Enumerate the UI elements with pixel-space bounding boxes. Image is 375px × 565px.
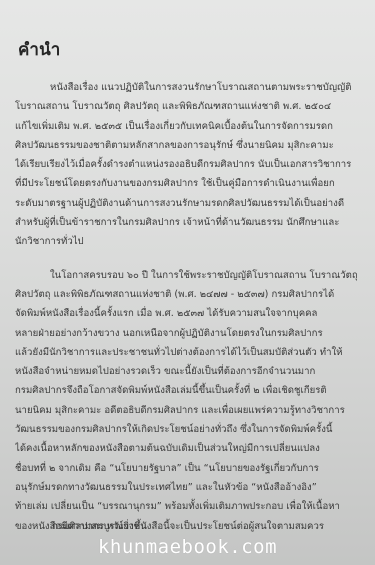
text-line: โบราณสถาน โบราณวัตถุ ศิลปวัตถุ และพิพิธภ… (15, 97, 363, 116)
paragraph-2: ในโอกาสครบรอบ ๖๐ ปี ในการใช้พระราชบัญญัต… (15, 266, 363, 536)
text-line: หลายฝ่ายอย่างกว้างขวาง นอกเหนือจากผู้ปฏิ… (15, 324, 363, 343)
foreword-body: หนังสือเรื่อง แนวปฏิบัติในการสงวนรักษาโบ… (15, 78, 363, 536)
page-heading: คำนำ (18, 36, 61, 63)
text-line: ในโอกาสครบรอบ ๖๐ ปี ในการใช้พระราชบัญญัต… (15, 266, 363, 285)
text-line: อนุรักษ์มรดกทางวัฒนธรรมในประเทศไทย” และใ… (15, 478, 363, 497)
text-line: ได้คงเนื้อหาหลักของหนังสือตามต้นฉบับเดิม… (15, 439, 363, 458)
text-line: ระดับมาตรฐานผู้ปฏิบัติงานด้านการสงวนรักษ… (15, 194, 363, 213)
text-line: ชื่อบทที่ ๒ จากเดิม คือ “นโยบายรัฐบาล” เ… (15, 459, 363, 478)
watermark-text: khunmaebook.com (0, 536, 375, 558)
text-line: หนังสือเรื่อง แนวปฏิบัติในการสงวนรักษาโบ… (15, 78, 363, 97)
text-line: สำหรับผู้ที่เป็นข้าราชการในกรมศิลปากร เจ… (15, 213, 363, 232)
text-line: แก้ไขเพิ่มเติม พ.ศ. ๒๕๓๕ เป็นเรื่องเกี่ย… (15, 117, 363, 136)
text-line: กรมศิลปากรจึงถือโอกาสจัดพิมพ์หนังสือเล่ม… (15, 381, 363, 400)
text-line: ท้ายเล่ม เปลี่ยนเป็น “บรรณานุกรม” พร้อมท… (15, 497, 363, 516)
text-line: แล้วยังมีนักวิชาการและประชาชนทั่วไปต่างต… (15, 343, 363, 362)
text-line: ที่มีประโยชน์โดยตรงกับงานของกรมศิลปากร ใ… (15, 174, 363, 193)
text-line: นายนิคม มุสิกะคามะ อดีตอธิบดีกรมศิลปากร … (15, 401, 363, 420)
text-line: จัดพิมพ์หนังสือเรื่องนี้ครั้งแรก เมื่อ พ… (15, 304, 363, 323)
text-line: ได้เรียบเรียงไว้เมื่อครั้งดำรงตำแหน่งรอง… (15, 155, 363, 174)
text-line: วัฒนธรรมของกรมศิลปากรให้เกิดประโยชน์อย่า… (15, 420, 363, 439)
closing-line: กรมศิลปากร หวังว่าหนังสือนี้จะเป็นประโยช… (52, 519, 324, 534)
text-line: นักวิชาการทั่วไป (15, 232, 363, 251)
book-page: คำนำ หนังสือเรื่อง แนวปฏิบัติในการสงวนรั… (0, 0, 375, 565)
text-line: ศิลปวัฒนธรรมของชาติตามหลักสากลของการอนุร… (15, 136, 363, 155)
text-line: ศิลปวัตถุ และพิพิธภัณฑสถานแห่งชาติ (พ.ศ.… (15, 285, 363, 304)
text-line: หนังสือจำหน่ายหมดไปอย่างรวดเร็ว ขณะนี้ยั… (15, 362, 363, 381)
paragraph-1: หนังสือเรื่อง แนวปฏิบัติในการสงวนรักษาโบ… (15, 78, 363, 252)
